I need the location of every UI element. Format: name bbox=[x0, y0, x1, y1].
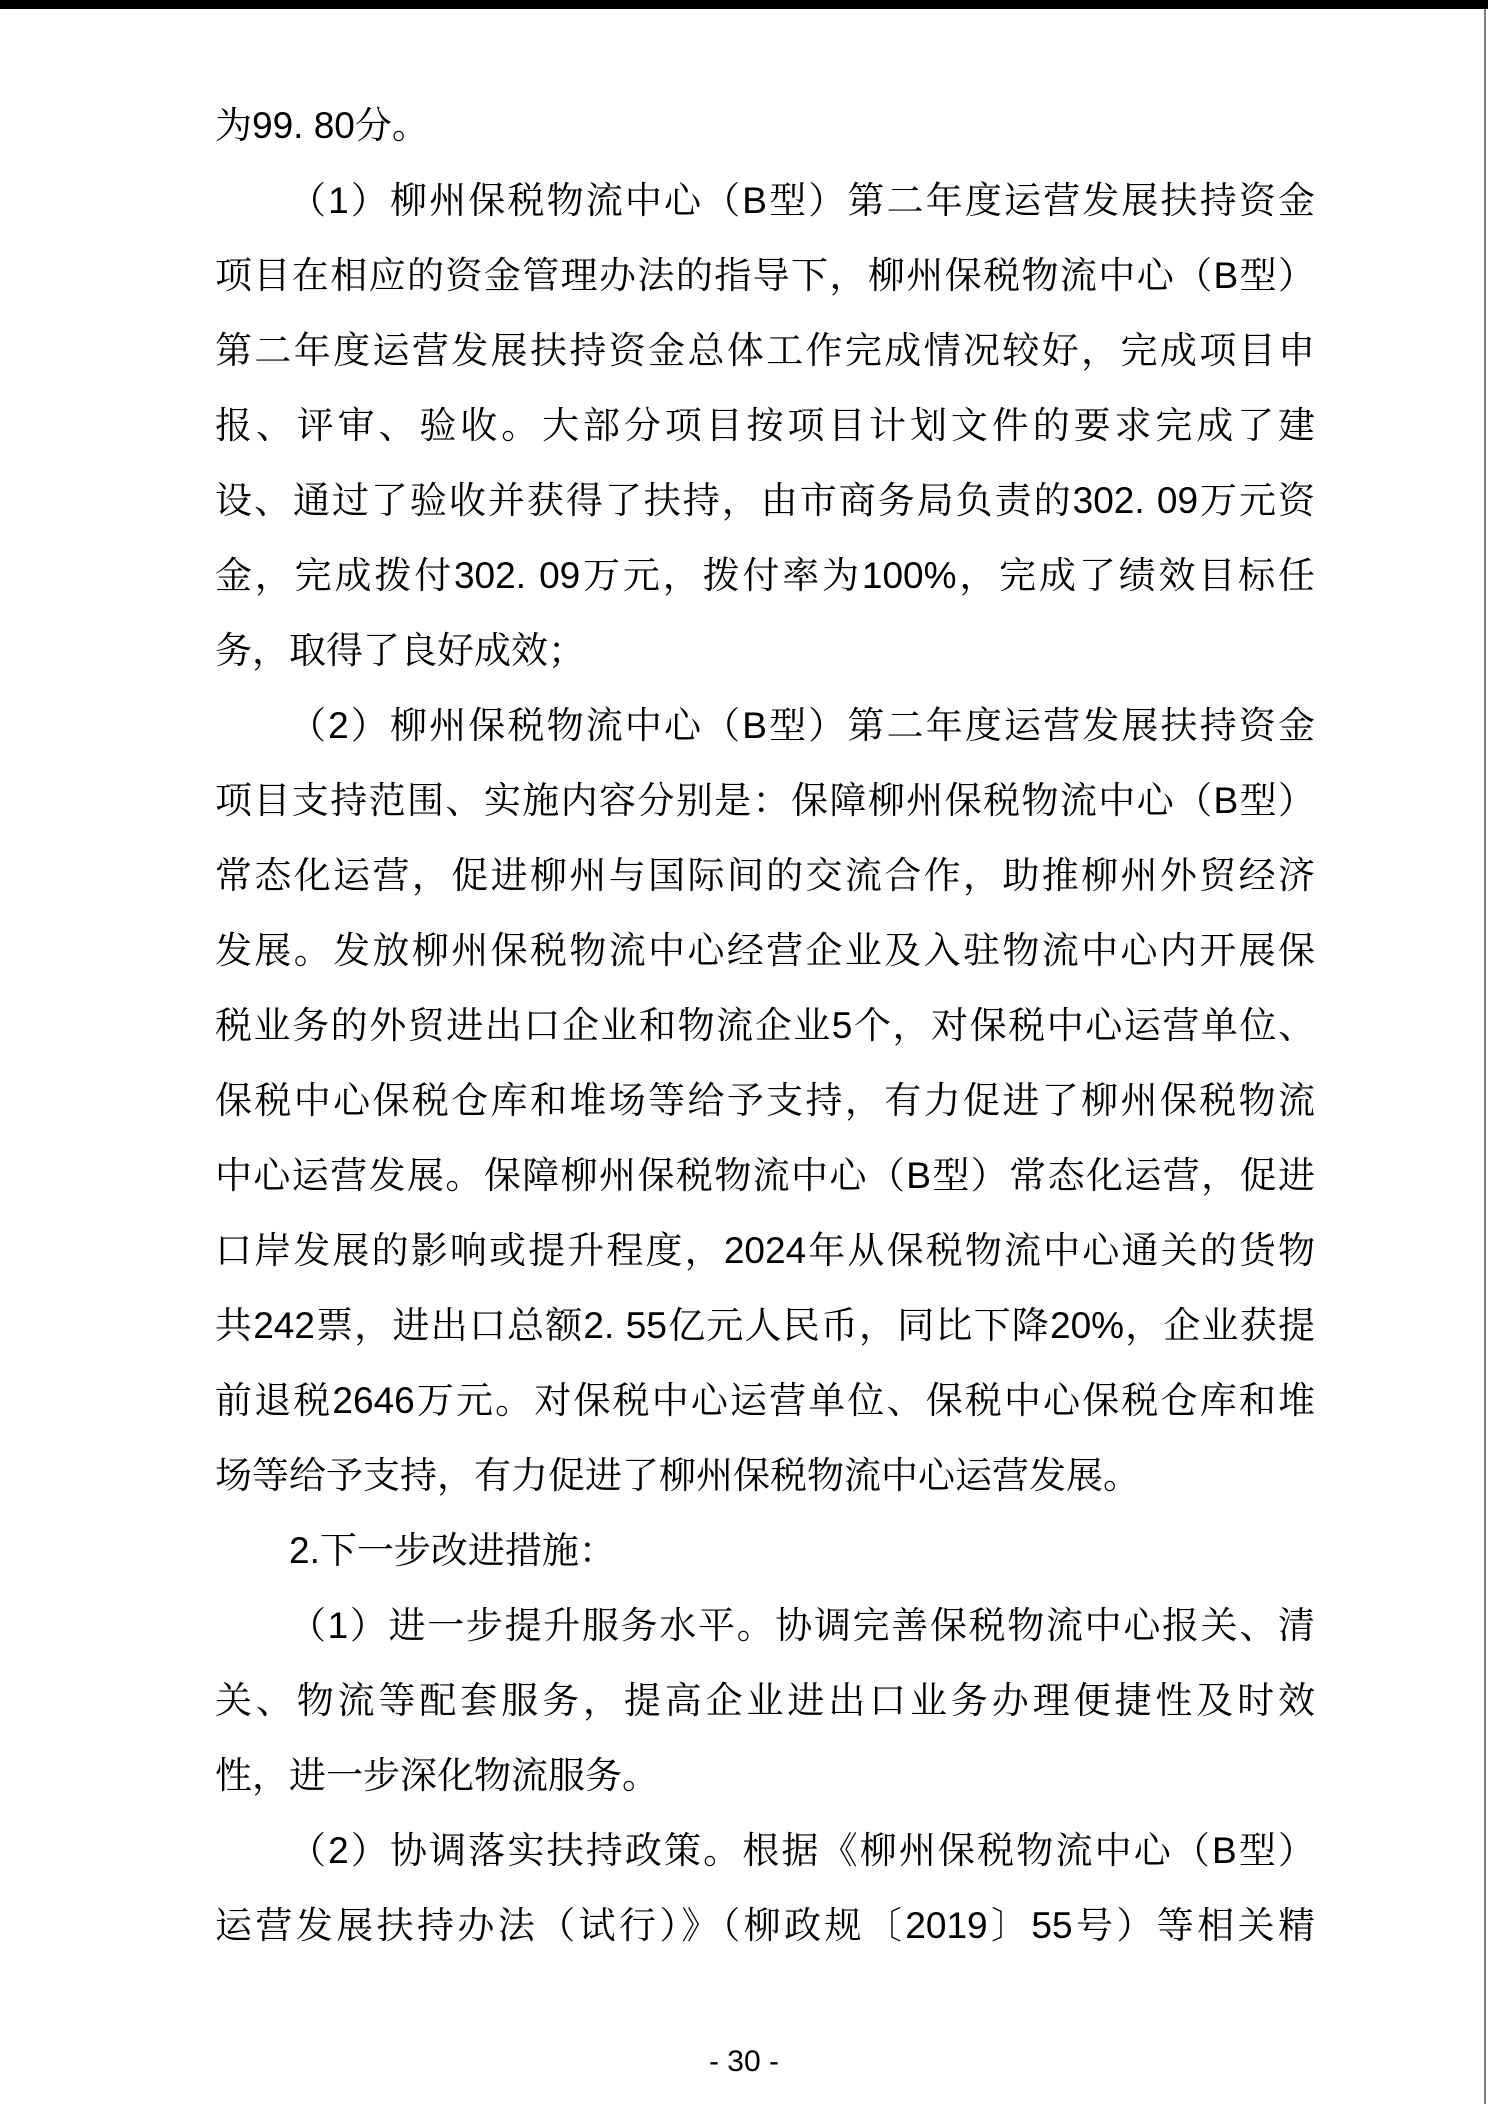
document-page-body: 为99. 80分。（1）柳州保税物流中心（B型）第二年度运营发展扶持资金项目在相… bbox=[215, 88, 1315, 1963]
text-line: 共242票，进出口总额2. 55亿元人民币，同比下降20%，企业获提 bbox=[215, 1288, 1315, 1363]
text-line: 2.下一步改进措施： bbox=[215, 1513, 1315, 1588]
text-line: 运营发展扶持办法（试行）》（柳政规〔2019〕55号）等相关精 bbox=[215, 1888, 1315, 1963]
text-line: 金，完成拨付302. 09万元，拨付率为100%，完成了绩效目标任 bbox=[215, 538, 1315, 613]
text-line: 项目支持范围、实施内容分别是：保障柳州保税物流中心（B型） bbox=[215, 763, 1315, 838]
text-line: （1）柳州保税物流中心（B型）第二年度运营发展扶持资金 bbox=[215, 163, 1315, 238]
text-line: 常态化运营，促进柳州与国际间的交流合作，助推柳州外贸经济 bbox=[215, 838, 1315, 913]
text-line: 关、物流等配套服务，提高企业进出口业务办理便捷性及时效 bbox=[215, 1663, 1315, 1738]
page-number: - 30 - bbox=[709, 2045, 779, 2078]
text-line: 为99. 80分。 bbox=[215, 88, 1315, 163]
text-line: 场等给予支持，有力促进了柳州保税物流中心运营发展。 bbox=[215, 1438, 1315, 1513]
text-line: 中心运营发展。保障柳州保税物流中心（B型）常态化运营，促进 bbox=[215, 1138, 1315, 1213]
document-lines: 为99. 80分。（1）柳州保税物流中心（B型）第二年度运营发展扶持资金项目在相… bbox=[215, 88, 1315, 1963]
text-line: 设、通过了验收并获得了扶持，由市商务局负责的302. 09万元资 bbox=[215, 463, 1315, 538]
top-border bbox=[0, 0, 1488, 9]
text-line: 保税中心保税仓库和堆场等给予支持，有力促进了柳州保税物流 bbox=[215, 1063, 1315, 1138]
text-line: （2）柳州保税物流中心（B型）第二年度运营发展扶持资金 bbox=[215, 688, 1315, 763]
text-line: 项目在相应的资金管理办法的指导下，柳州保税物流中心（B型） bbox=[215, 238, 1315, 313]
text-line: （1）进一步提升服务水平。协调完善保税物流中心报关、清 bbox=[215, 1588, 1315, 1663]
text-line: 税业务的外贸进出口企业和物流企业5个，对保税中心运营单位、 bbox=[215, 988, 1315, 1063]
page-footer: - 30 - bbox=[0, 2042, 1488, 2082]
text-line: 第二年度运营发展扶持资金总体工作完成情况较好，完成项目申 bbox=[215, 313, 1315, 388]
text-line: 口岸发展的影响或提升程度，2024年从保税物流中心通关的货物 bbox=[215, 1213, 1315, 1288]
text-line: 务，取得了良好成效； bbox=[215, 613, 1315, 688]
text-line: （2）协调落实扶持政策。根据《柳州保税物流中心（B型） bbox=[215, 1813, 1315, 1888]
text-line: 前退税2646万元。对保税中心运营单位、保税中心保税仓库和堆 bbox=[215, 1363, 1315, 1438]
right-edge-line bbox=[1484, 9, 1486, 2104]
text-line: 报、评审、验收。大部分项目按项目计划文件的要求完成了建 bbox=[215, 388, 1315, 463]
text-line: 性，进一步深化物流服务。 bbox=[215, 1738, 1315, 1813]
text-line: 发展。发放柳州保税物流中心经营企业及入驻物流中心内开展保 bbox=[215, 913, 1315, 988]
